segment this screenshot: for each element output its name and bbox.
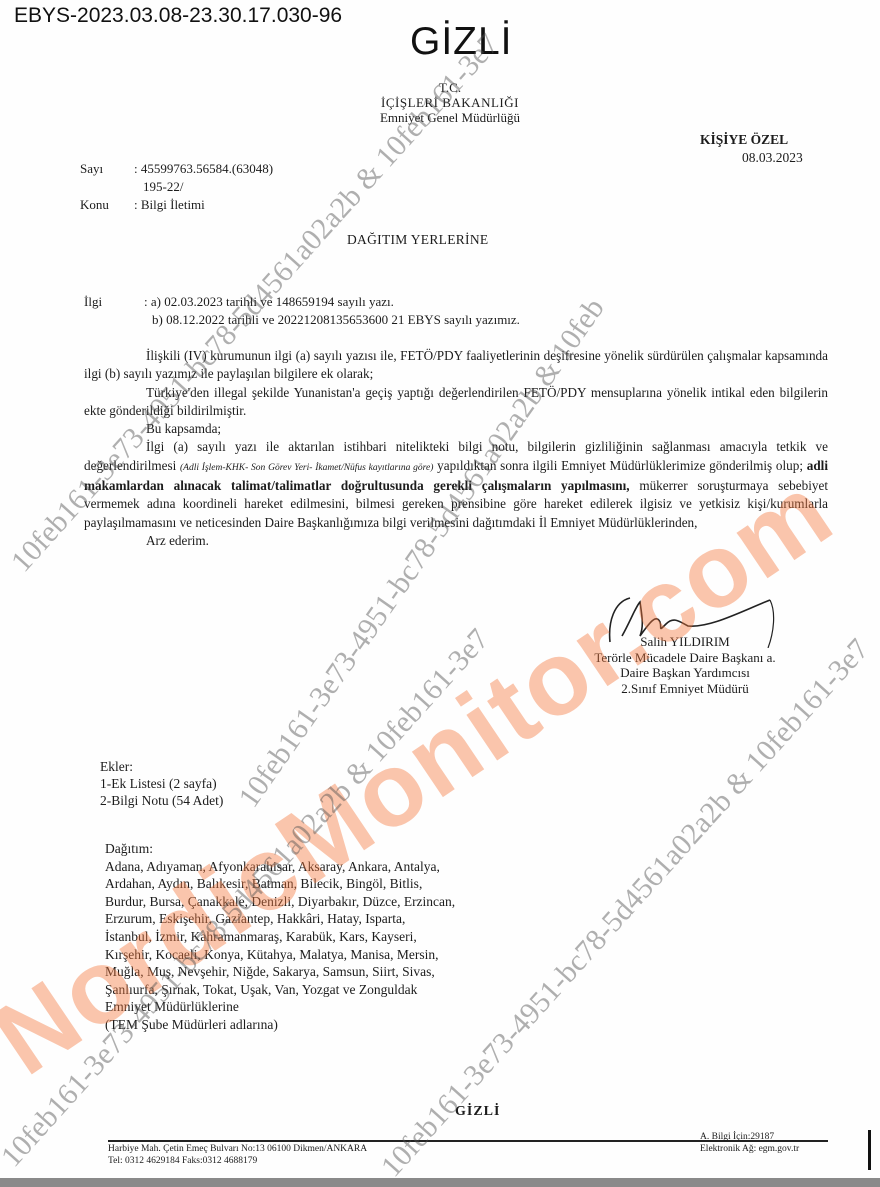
- paragraph-4: İlgi (a) sayılı yazı ile aktarılan istih…: [84, 438, 828, 531]
- paragraph-1: İlişkili (IV) kurumunun ilgi (a) sayılı …: [84, 347, 828, 384]
- distribution-label: Dağıtım:: [105, 840, 575, 858]
- distribution-line: Emniyet Müdürlüklerine: [105, 998, 575, 1016]
- network-domain: Elektronik Ağ: egm.gov.tr: [700, 1143, 799, 1155]
- distribution-line: Erzurum, Eskişehir, Gaziantep, Hakkâri, …: [105, 910, 575, 928]
- directorate: Emniyet Genel Müdürlüğü: [320, 110, 580, 125]
- personal-marker: KİŞİYE ÖZEL: [700, 132, 788, 148]
- ilgi-label: İlgi: [84, 293, 144, 311]
- paragraph-2: Türkiye'den illegal şekilde Yunanistan'a…: [84, 384, 828, 421]
- attachment-item: 1-Ek Listesi (2 sayfa): [100, 775, 223, 792]
- scan-bottom-edge: [0, 1178, 880, 1187]
- signer-title-1: Terörle Mücadele Daire Başkanı a.: [555, 650, 815, 666]
- references: İlgi: a) 02.03.2023 tarihli ve 148659194…: [84, 293, 520, 329]
- distribution-line: Muğla, Muş, Nevşehir, Niğde, Sakarya, Sa…: [105, 963, 575, 981]
- attachment-item: 2-Bilgi Notu (54 Adet): [100, 792, 223, 809]
- classification-top: GİZLİ: [410, 20, 513, 64]
- scan-edge-bar: [868, 1130, 871, 1170]
- distribution-line: (TEM Şube Müdürleri adlarına): [105, 1016, 575, 1034]
- document-page: EBYS-2023.03.08-23.30.17.030-96 GİZLİ T.…: [0, 0, 880, 1187]
- sayi-label: Sayı: [80, 160, 134, 178]
- signer-title-2: Daire Başkan Yardımcısı: [555, 665, 815, 681]
- distribution-line: İstanbul, İzmir, Kahramanmaraş, Karabük,…: [105, 928, 575, 946]
- distribution-line: Şanlıurfa, Şırnak, Tokat, Uşak, Van, Yoz…: [105, 981, 575, 999]
- ilgi-a: : a) 02.03.2023 tarihli ve 148659194 say…: [144, 293, 394, 311]
- distribution-line: Ardahan, Aydın, Balıkesir, Batman, Bilec…: [105, 875, 575, 893]
- closing: Arz ederim.: [110, 532, 828, 550]
- letter-body: İlişkili (IV) kurumunun ilgi (a) sayılı …: [84, 347, 828, 550]
- ilgi-b: b) 08.12.2022 tarihli ve 202212081356536…: [144, 311, 520, 329]
- attachments-label: Ekler:: [100, 758, 223, 775]
- distribution-line: Burdur, Bursa, Çanakkale, Denizli, Diyar…: [105, 893, 575, 911]
- distribution-line: Kırşehir, Kocaeli, Konya, Kütahya, Malat…: [105, 946, 575, 964]
- ebys-code: EBYS-2023.03.08-23.30.17.030-96: [14, 4, 342, 28]
- signature-block: Salih YILDIRIM Terörle Mücadele Daire Ba…: [555, 600, 815, 696]
- classification-bottom: GİZLİ: [455, 1104, 500, 1120]
- signer-title-3: 2.Sınıf Emniyet Müdürü: [555, 681, 815, 697]
- letterhead: T.C. İÇİŞLERİ BAKANLIĞI Emniyet Genel Mü…: [320, 80, 580, 125]
- distribution-list: Dağıtım: Adana, Adıyaman, Afyonkarahisar…: [105, 840, 575, 1034]
- address: Harbiye Mah. Çetin Emeç Bulvarı No:13 06…: [108, 1143, 367, 1155]
- document-date: 08.03.2023: [742, 150, 803, 166]
- document-meta: Sayı: 45599763.56584.(63048) 195-22/ Kon…: [80, 160, 273, 214]
- konu-value: : Bilgi İletimi: [134, 196, 205, 214]
- p4-part-b: yapıldıktan sonra ilgili Emniyet Müdürlü…: [433, 458, 806, 473]
- phone-fax: Tel: 0312 4629184 Faks:0312 4688179: [108, 1155, 367, 1167]
- p4-italic: (Adli İşlem-KHK- Son Görev Yeri- İkamet/…: [180, 463, 433, 473]
- footer-contact: A. Bilgi İçin:29187 Elektronik Ağ: egm.g…: [700, 1131, 799, 1155]
- attachments: Ekler: 1-Ek Listesi (2 sayfa) 2-Bilgi No…: [100, 758, 223, 809]
- signer-name: Salih YILDIRIM: [555, 634, 815, 650]
- footer-address: Harbiye Mah. Çetin Emeç Bulvarı No:13 06…: [108, 1143, 367, 1167]
- info-contact: A. Bilgi İçin:29187: [700, 1131, 799, 1143]
- ministry: İÇİŞLERİ BAKANLIĞI: [320, 95, 580, 110]
- konu-label: Konu: [80, 196, 134, 214]
- sayi-value-line2: 195-22/: [134, 178, 183, 196]
- paragraph-3: Bu kapsamda;: [84, 420, 828, 438]
- sayi-value: : 45599763.56584.(63048): [134, 160, 273, 178]
- distribution-line: Adana, Adıyaman, Afyonkarahisar, Aksaray…: [105, 858, 575, 876]
- country: T.C.: [320, 80, 580, 95]
- addressee: DAĞITIM YERLERİNE: [347, 232, 488, 248]
